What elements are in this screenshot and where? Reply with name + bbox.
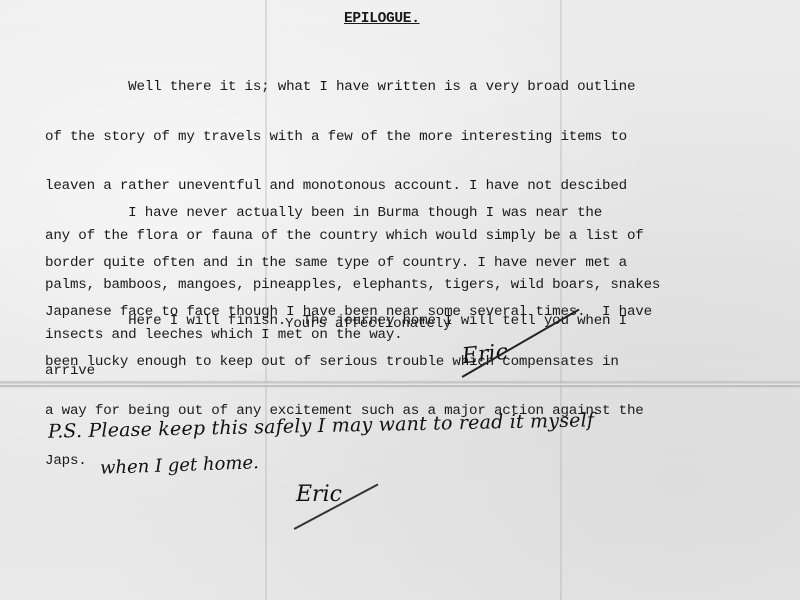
text-line: arrive xyxy=(45,363,627,380)
text-line: Well there it is; what I have written is… xyxy=(45,79,660,96)
text-line: of the story of my travels with a few of… xyxy=(45,129,660,146)
text-line: I have never actually been in Burma thou… xyxy=(45,205,652,222)
postscript-signature: Eric xyxy=(296,482,342,507)
closing-salutation: Yours affectionately xyxy=(285,316,451,333)
typed-body: EPILOGUE. Well there it is; what I have … xyxy=(45,0,800,165)
paragraph-3: Here I will finish. The journey home I w… xyxy=(45,280,627,412)
epilogue-heading: EPILOGUE. xyxy=(344,11,420,28)
text-line: border quite often and in the same type … xyxy=(45,255,652,272)
